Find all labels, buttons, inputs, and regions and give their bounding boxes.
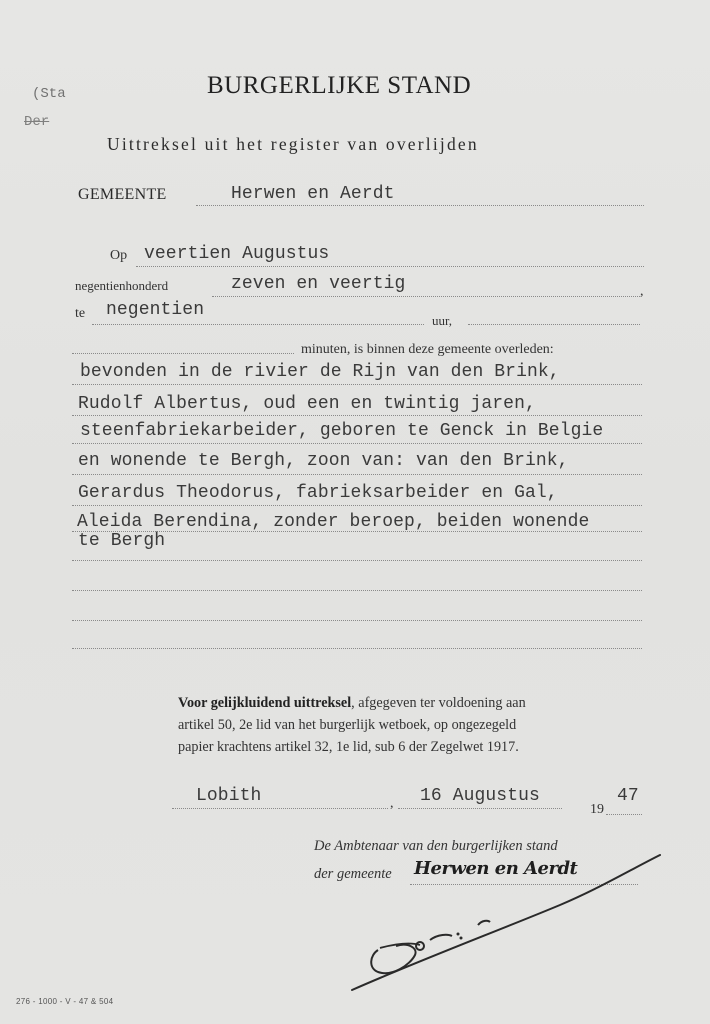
signature-icon	[0, 0, 710, 1024]
print-code: 276 - 1000 - V - 47 & 504	[16, 997, 113, 1006]
death-record-extract: (Sta Der BURGERLIJKE STAND Uittreksel ui…	[0, 0, 710, 1024]
